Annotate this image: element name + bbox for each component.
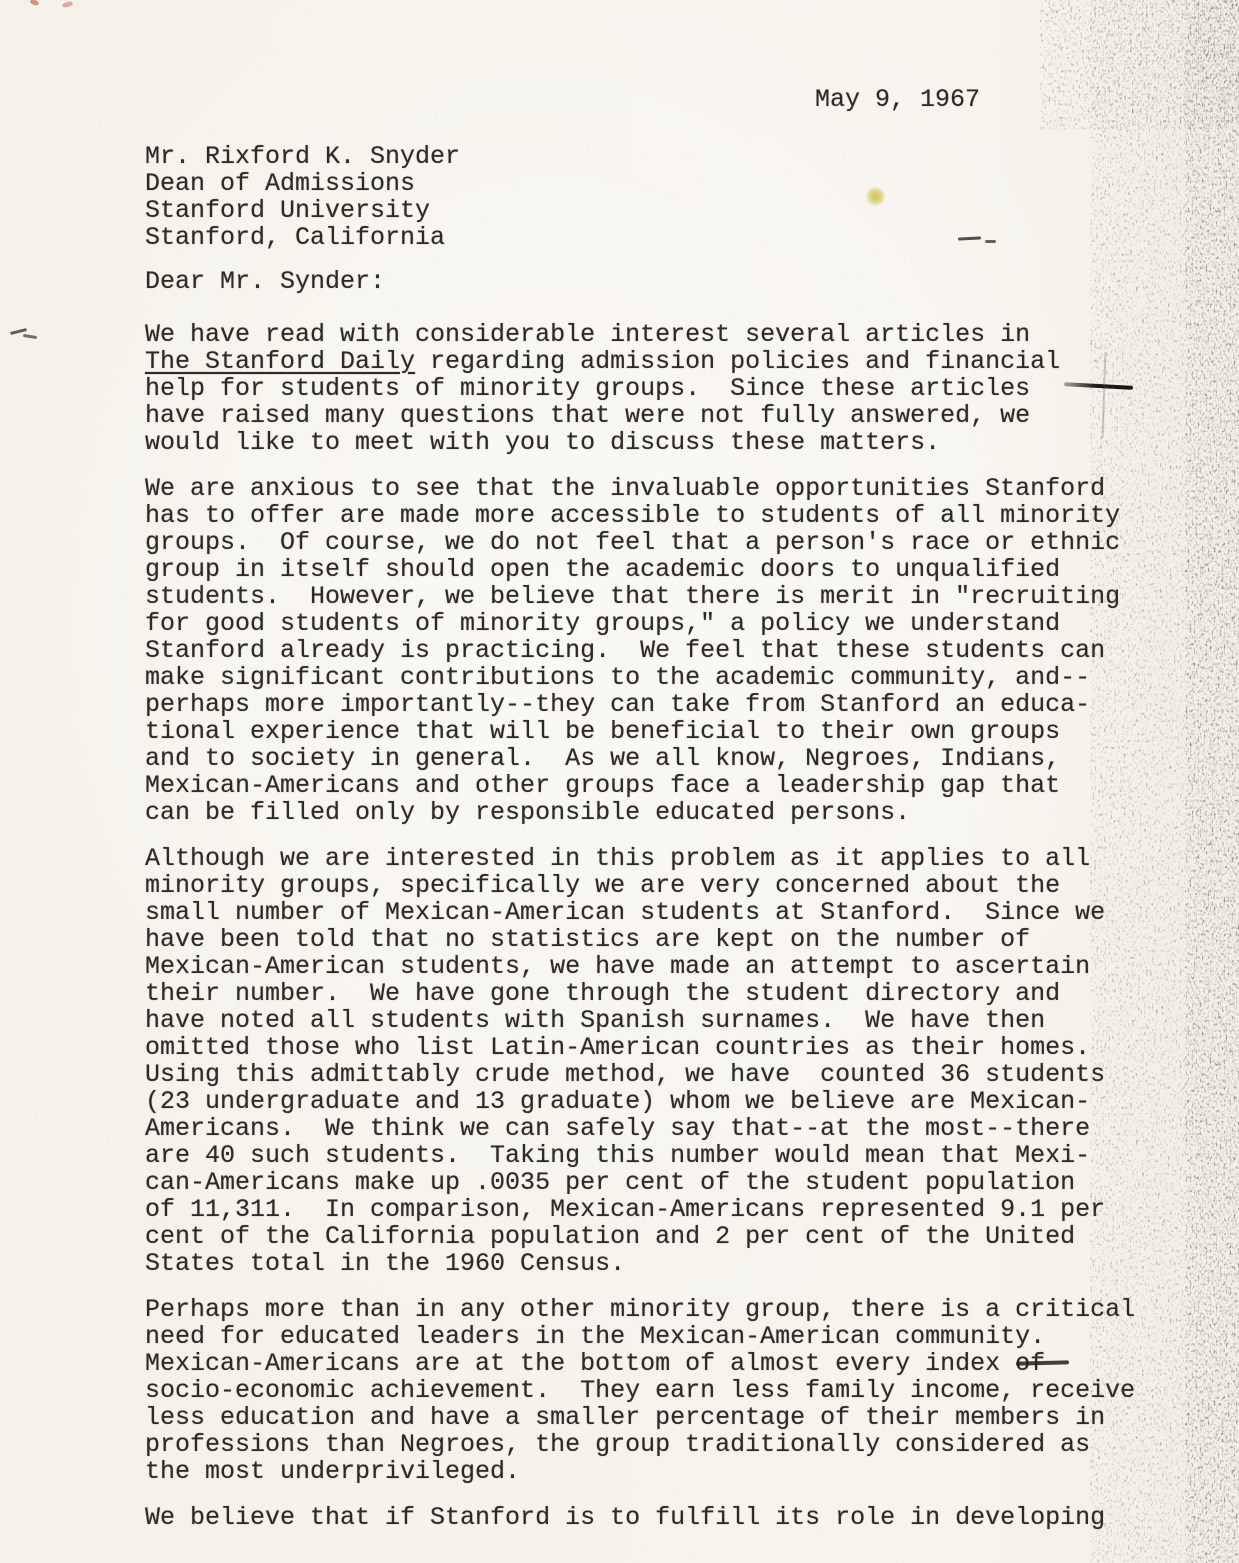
letter-line: The Stanford Daily regarding admission p…	[145, 348, 1144, 375]
letter-line: can be filled only by responsible educat…	[145, 799, 1144, 826]
recipient-location: Stanford, California	[145, 224, 1144, 251]
letter-line: can-Americans make up .0035 per cent of …	[145, 1169, 1144, 1196]
letter-line: States total in the 1960 Census.	[145, 1250, 1144, 1277]
letter-line: have been told that no statistics are ke…	[145, 926, 1144, 953]
letter-line: Stanford already is practicing. We feel …	[145, 637, 1144, 664]
letter-line: tional experience that will be beneficia…	[145, 718, 1144, 745]
recipient-name: Mr. Rixford K. Snyder	[145, 143, 1144, 170]
letter-line: small number of Mexican-American student…	[145, 899, 1144, 926]
letter-line: need for educated leaders in the Mexican…	[145, 1323, 1144, 1350]
letter-line: We have read with considerable interest …	[145, 321, 1144, 348]
letter-line: are 40 such students. Taking this number…	[145, 1142, 1144, 1169]
letter-line: cent of the California population and 2 …	[145, 1223, 1144, 1250]
paragraph-3: Although we are interested in this probl…	[145, 845, 1144, 1277]
letter-line: Perhaps more than in any other minority …	[145, 1296, 1144, 1323]
publication-title: The Stanford Daily	[145, 347, 415, 376]
letter-line: (23 undergraduate and 13 graduate) whom …	[145, 1088, 1144, 1115]
recipient-title: Dean of Admissions	[145, 170, 1144, 197]
letter-line: less education and have a smaller percen…	[145, 1404, 1144, 1431]
letter-line: Mexican-Americans and other groups face …	[145, 772, 1144, 799]
paragraph-2: We are anxious to see that the invaluabl…	[145, 475, 1144, 826]
letter-line: Americans. We think we can safely say th…	[145, 1115, 1144, 1142]
letter-line: and to society in general. As we all kno…	[145, 745, 1144, 772]
letter-line: perhaps more importantly--they can take …	[145, 691, 1144, 718]
letter-line: We believe that if Stanford is to fulfil…	[145, 1504, 1144, 1531]
letter-line: Using this admittably crude method, we h…	[145, 1061, 1144, 1088]
letter-body: May 9, 1967 Mr. Rixford K. Snyder Dean o…	[0, 0, 1239, 1531]
paragraph-5: We believe that if Stanford is to fulfil…	[145, 1504, 1144, 1531]
letter-line: Mexican-Americans are at the bottom of a…	[145, 1350, 1144, 1377]
letter-date: May 9, 1967	[815, 86, 1144, 113]
letter-line: groups. Of course, we do not feel that a…	[145, 529, 1144, 556]
letter-line: would like to meet with you to discuss t…	[145, 429, 1144, 456]
salutation: Dear Mr. Synder:	[145, 268, 1144, 295]
letter-line: Mexican-American students, we have made …	[145, 953, 1144, 980]
letter-line: Although we are interested in this probl…	[145, 845, 1144, 872]
recipient-institution: Stanford University	[145, 197, 1144, 224]
letter-line: for good students of minority groups," a…	[145, 610, 1144, 637]
letter-line: the most underprivileged.	[145, 1458, 1144, 1485]
letter-line: minority groups, specifically we are ver…	[145, 872, 1144, 899]
letter-line: omitted those who list Latin-American co…	[145, 1034, 1144, 1061]
paragraph-4: Perhaps more than in any other minority …	[145, 1296, 1144, 1485]
recipient-address-block: Mr. Rixford K. Snyder Dean of Admissions…	[145, 143, 1144, 251]
letter-line: professions than Negroes, the group trad…	[145, 1431, 1144, 1458]
letter-line: of 11,311. In comparison, Mexican-Americ…	[145, 1196, 1144, 1223]
letter-line: We are anxious to see that the invaluabl…	[145, 475, 1144, 502]
letter-line: socio-economic achievement. They earn le…	[145, 1377, 1144, 1404]
paragraph-1: We have read with considerable interest …	[145, 321, 1144, 456]
letter-line: make significant contributions to the ac…	[145, 664, 1144, 691]
letter-line: have raised many questions that were not…	[145, 402, 1144, 429]
letter-line: has to offer are made more accessible to…	[145, 502, 1144, 529]
letter-line-rest: regarding admission policies and financi…	[415, 347, 1060, 376]
letter-line: their number. We have gone through the s…	[145, 980, 1144, 1007]
scanned-letter-page: May 9, 1967 Mr. Rixford K. Snyder Dean o…	[0, 0, 1239, 1563]
letter-line: have noted all students with Spanish sur…	[145, 1007, 1144, 1034]
letter-line: group in itself should open the academic…	[145, 556, 1144, 583]
letter-line: help for students of minority groups. Si…	[145, 375, 1144, 402]
letter-line: students. However, we believe that there…	[145, 583, 1144, 610]
